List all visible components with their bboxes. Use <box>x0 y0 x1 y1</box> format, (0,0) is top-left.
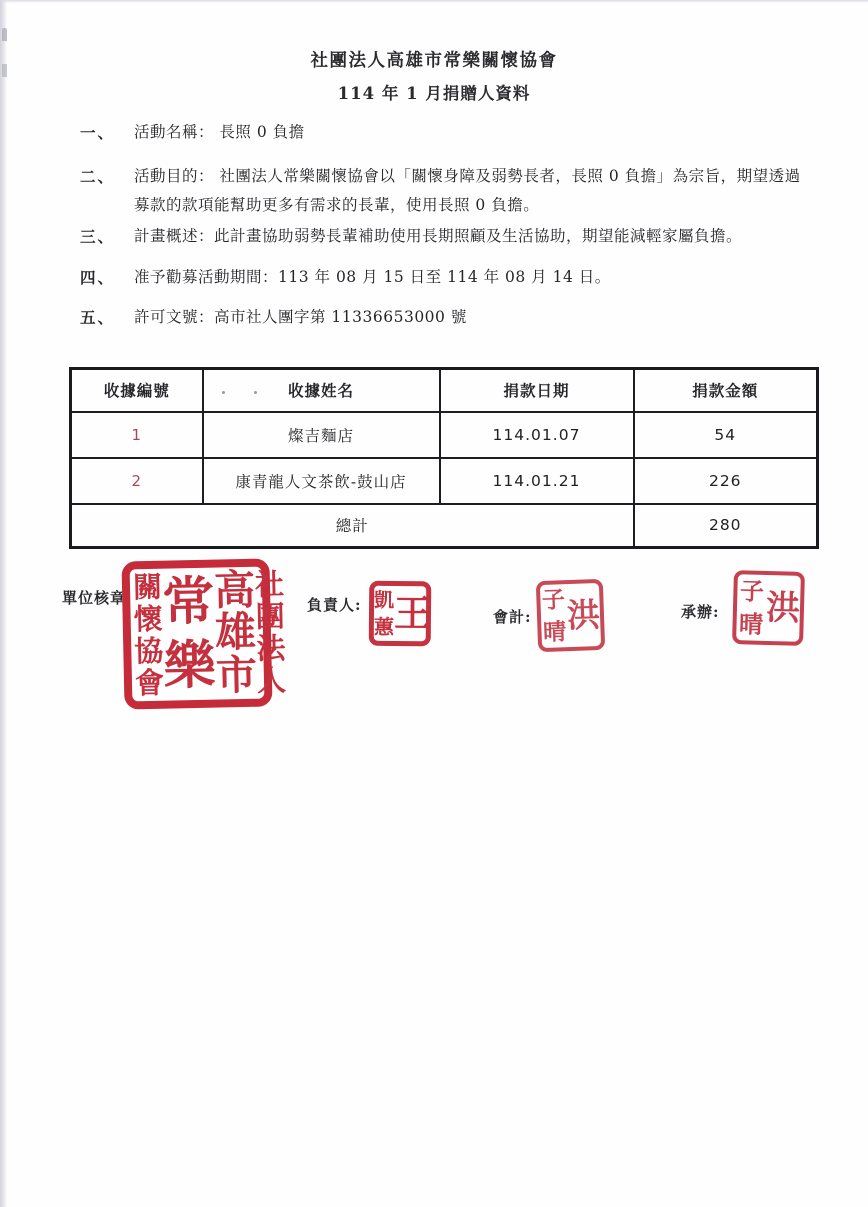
accountant-label: 會計: <box>493 606 532 627</box>
manager-name-seal-stamp: 凱 蕙 王 <box>369 581 432 647</box>
seal-char: 雄 <box>215 612 257 654</box>
seal-column: 洪 <box>765 575 801 642</box>
cell-receipt-no: 1 <box>71 412 203 458</box>
seal-char: 晴 <box>543 620 567 644</box>
doc-title: 社團法人高雄市常樂關懷協會 <box>0 47 868 72</box>
seal-char: 常 <box>162 576 215 629</box>
manager-label: 負責人: <box>307 594 362 615</box>
scan-artifact-dots <box>222 391 262 395</box>
seal-column: 關 懷 協 會 <box>133 571 165 700</box>
seal-column: 子 晴 <box>540 584 568 648</box>
seal-char: 關 <box>133 572 163 602</box>
seal-char: 協 <box>134 636 164 666</box>
seal-char: 蕙 <box>374 617 394 637</box>
table-row: 1 燦吉麵店 114.01.07 54 <box>71 412 818 458</box>
list-item-activity-purpose: 二、 活動目的： 社團法人常樂關懷協會以「關懷身障及弱勢長者，長照 0 負擔」為… <box>80 162 806 220</box>
handler-name-seal-stamp: 子 晴 洪 <box>732 570 805 646</box>
doc-subtitle: 114 年 1 月捐贈人資料 <box>0 80 868 104</box>
list-item-activity-name: 一、 活動名稱： 長照 0 負擔 <box>80 118 806 147</box>
list-item-number: 三、 <box>80 222 134 251</box>
cell-receipt-no: 2 <box>71 458 203 504</box>
header-donation-date: 捐款日期 <box>440 369 634 412</box>
list-item-number: 四、 <box>80 263 134 292</box>
list-item-text: 活動目的： 社團法人常樂關懷協會以「關懷身障及弱勢長者，長照 0 負擔」為宗旨，… <box>134 162 806 220</box>
cell-donor-name: 康青龍人文茶飲-鼓山店 <box>203 458 440 504</box>
seal-column: 王 <box>394 586 431 641</box>
seal-char: 社 <box>255 570 285 600</box>
handler-label: 承辦: <box>681 601 720 622</box>
seal-char: 洪 <box>566 598 600 632</box>
seal-column: 洪 <box>566 583 601 647</box>
list-item-text: 計畫概述：此計畫協助弱勢長輩補助使用長期照顧及生活協助，期望能減輕家屬負擔。 <box>134 222 806 251</box>
list-item-text: 准予勸募活動期間：113 年 08 月 15 日至 114 年 08 月 14 … <box>134 263 806 292</box>
cell-donation-date: 114.01.07 <box>440 412 634 458</box>
list-item-text: 許可文號：高市社人團字第 11336653000 號 <box>134 303 806 332</box>
seal-char: 凱 <box>374 590 394 610</box>
organization-seal-stamp: 關 懷 協 會 常 樂 高 雄 市 社 團 法 人 <box>121 558 272 709</box>
seal-char: 法 <box>256 634 286 664</box>
accountant-name-seal-stamp: 子 晴 洪 <box>536 579 605 652</box>
list-item-number: 五、 <box>80 303 134 332</box>
seal-char: 晴 <box>739 612 764 637</box>
seal-char: 子 <box>542 588 566 612</box>
seal-char: 樂 <box>163 640 216 693</box>
list-item-text: 活動名稱： 長照 0 負擔 <box>134 118 806 147</box>
seal-char: 市 <box>215 655 257 697</box>
header-receipt-no: 收據編號 <box>71 369 203 412</box>
cell-donation-amount: 54 <box>634 412 818 458</box>
seal-char: 懷 <box>133 604 163 634</box>
header-donation-amount: 捐款金額 <box>634 369 818 412</box>
seal-column: 常 樂 <box>162 570 217 699</box>
scan-edge-left <box>0 0 7 1207</box>
cell-donation-date: 114.01.21 <box>440 458 634 504</box>
list-item-number: 一、 <box>80 118 134 147</box>
header-receipt-name-label: 收據姓名 <box>288 381 354 400</box>
seal-char: 王 <box>394 595 431 632</box>
seal-column: 子 晴 <box>736 574 767 641</box>
seal-char: 團 <box>255 602 285 632</box>
header-receipt-name: 收據姓名 <box>203 369 440 412</box>
cell-total-amount: 280 <box>634 504 818 548</box>
table-header-row: 收據編號 收據姓名 捐款日期 捐款金額 <box>71 369 818 412</box>
seal-column: 凱 蕙 <box>374 586 394 641</box>
table-row: 2 康青龍人文茶飲-鼓山店 114.01.21 226 <box>71 458 818 504</box>
seal-char: 會 <box>135 668 165 698</box>
donation-table: 收據編號 收據姓名 捐款日期 捐款金額 1 燦吉麵店 114.01.07 54 … <box>69 367 819 549</box>
list-item-permit-number: 五、 許可文號：高市社人團字第 11336653000 號 <box>80 303 806 332</box>
seal-char: 高 <box>214 570 256 612</box>
seal-char: 洪 <box>766 591 801 626</box>
seal-char: 人 <box>257 666 287 696</box>
cell-donation-amount: 226 <box>634 458 818 504</box>
cell-total-label: 總計 <box>71 504 634 548</box>
scan-edge-top <box>0 0 868 3</box>
list-item-fundraising-period: 四、 准予勸募活動期間：113 年 08 月 15 日至 114 年 08 月 … <box>80 263 806 292</box>
list-item-number: 二、 <box>80 162 134 191</box>
list-item-plan-summary: 三、 計畫概述：此計畫協助弱勢長輩補助使用長期照顧及生活協助，期望能減輕家屬負擔… <box>80 222 806 251</box>
cell-donor-name: 燦吉麵店 <box>203 412 440 458</box>
table-total-row: 總計 280 <box>71 504 818 548</box>
seal-char: 子 <box>740 579 765 604</box>
seal-column: 社 團 法 人 <box>255 568 287 697</box>
seal-column: 高 雄 市 <box>214 569 258 698</box>
